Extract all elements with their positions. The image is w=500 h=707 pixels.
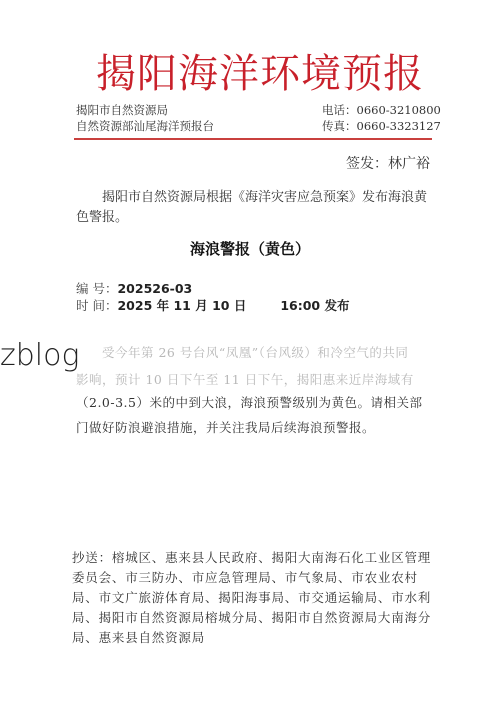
time-value: 2025 年 11 月 10 日: [117, 298, 246, 313]
org-line-1: 揭阳市自然资源局: [76, 102, 168, 118]
org-line-2: 自然资源部汕尾海洋预报台: [76, 118, 214, 134]
watermark-logo: zblog: [0, 338, 79, 373]
number-label: 编 号：: [76, 281, 117, 296]
header-divider: [74, 138, 432, 140]
number-value: 202526-03: [117, 281, 192, 296]
phone-number: 电话：0660-3210800: [322, 102, 441, 118]
signer: 签发：林广裕: [346, 153, 430, 173]
document-title: 海浪警报（黄色）: [0, 238, 500, 259]
masthead-title: 揭阳海洋环境预报: [96, 50, 424, 98]
body-line-1: 受今年第 26 号台风“凤凰”（台风级）和冷空气的共同: [102, 339, 442, 366]
publish-time: 16:00 发布: [280, 298, 349, 313]
intro-paragraph: 揭阳市自然资源局根据《海洋灾害应急预案》发布海浪黄色警报。: [76, 188, 432, 228]
fax-number: 传真：0660-3323127: [322, 118, 441, 134]
body-line-4: 门做好防浪避浪措施，并关注我局后续海浪预警报。: [76, 414, 442, 441]
cc-recipients: 榕城区、惠来县人民政府、揭阳大南海石化工业区管理委员会、市三防办、市应急管理局、…: [72, 550, 431, 645]
document-time: 时 间：2025 年 11 月 10 日16:00 发布: [76, 296, 349, 315]
cc-label: 抄送：: [72, 550, 112, 565]
body-line-3: （2.0-3.5）米的中到大浪，海浪预警级别为黄色。请相关部: [76, 389, 442, 416]
cc-list: 抄送：榕城区、惠来县人民政府、揭阳大南海石化工业区管理委员会、市三防办、市应急管…: [72, 548, 442, 648]
time-label: 时 间：: [76, 298, 117, 313]
